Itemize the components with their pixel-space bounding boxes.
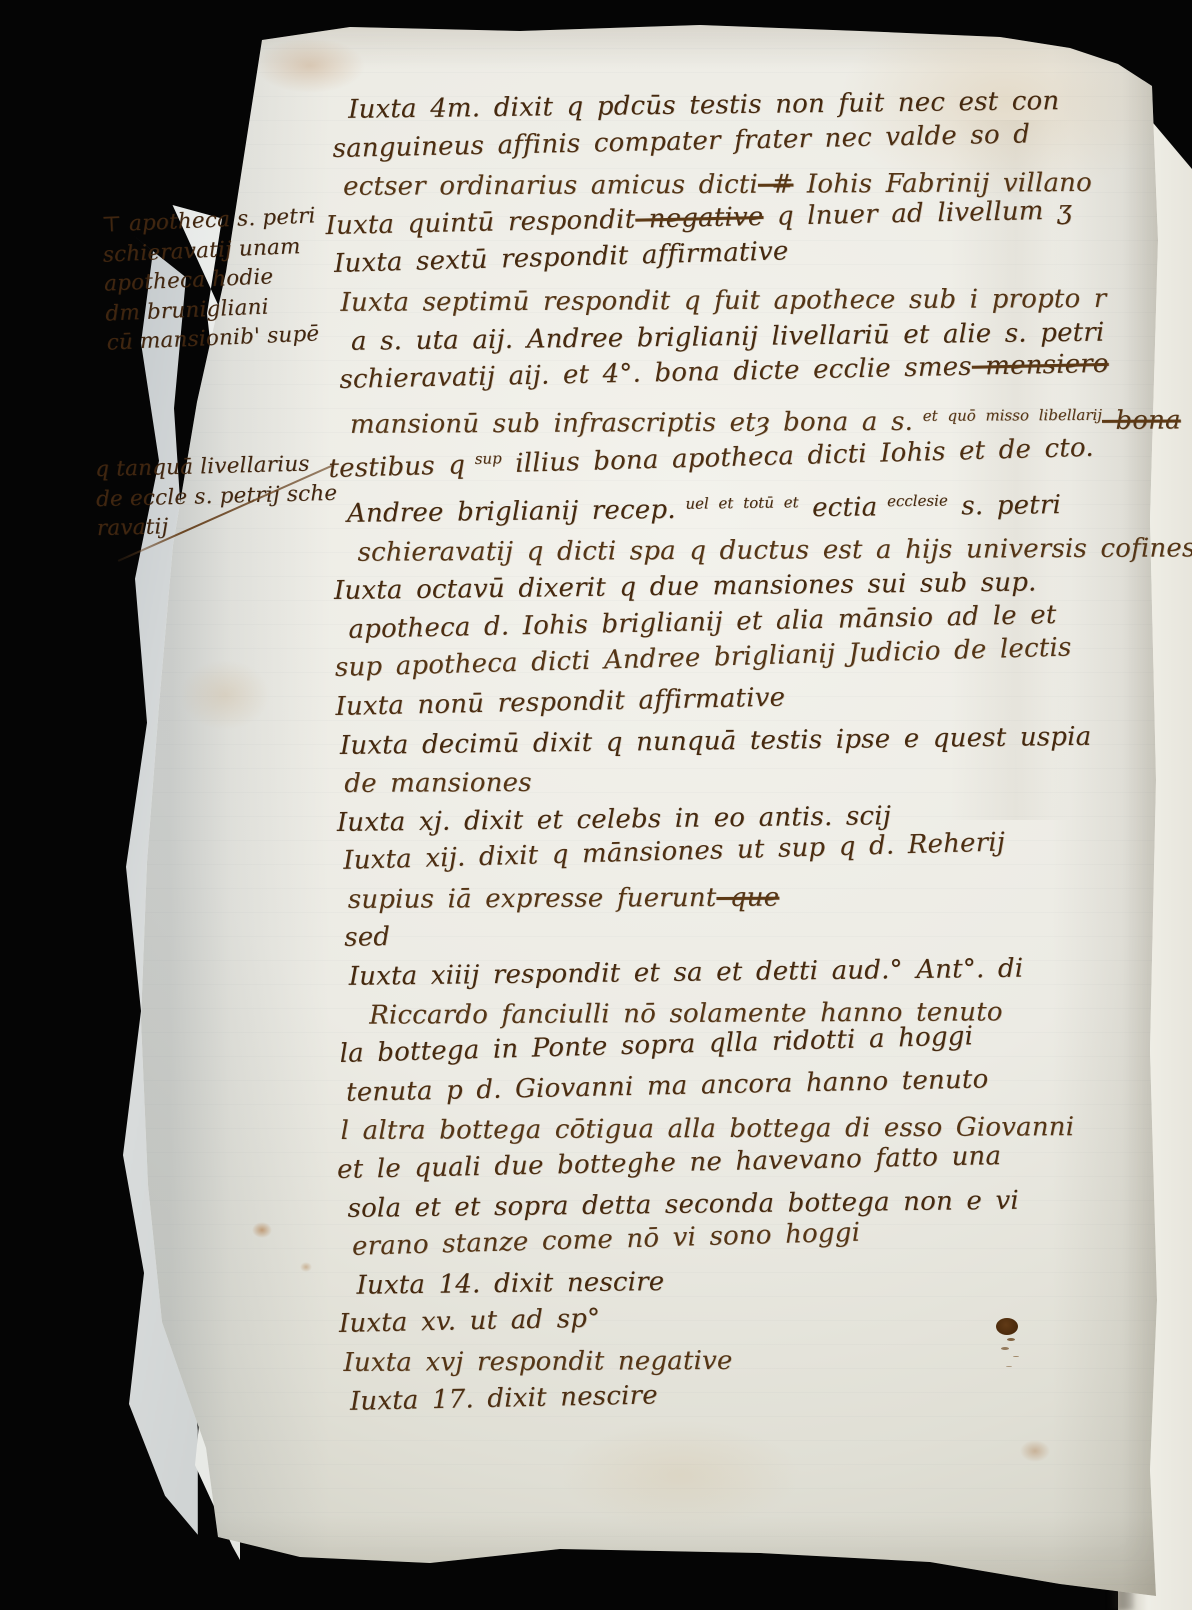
interlinear-insertion: et quō misso libellarij: [913, 406, 1102, 425]
manuscript-line: Andree briglianij recep. uel et totū et …: [347, 479, 1159, 534]
struck-word: #: [758, 170, 794, 200]
margin-note-livellario: q tanquā livellariusde eccle s. petrij s…: [95, 449, 339, 544]
manuscript-photo: ⊤ apotheca s. petrischieravatij unamapot…: [0, 0, 1192, 1610]
manuscript-text: Iuxta xvj respondit negative: [343, 1346, 732, 1378]
manuscript-text: schieravatij aij. et 4°. bona dicte eccl…: [339, 352, 972, 395]
manuscript-text: tenuta p d. Giovanni ma ancora hanno ten…: [346, 1064, 989, 1107]
manuscript-text: Iuxta nonū respondit affirmative: [335, 683, 785, 722]
manuscript-text: Iuxta 14. dixit nescire: [356, 1267, 664, 1301]
manuscript-text: schieravatij q dicti spa q ductus est a …: [357, 533, 1192, 567]
manuscript-text: testibus q: [328, 451, 465, 485]
manuscript-text: sed: [344, 922, 391, 953]
manuscript-text: Iuxta sextū respondit affirmative: [334, 237, 789, 280]
manuscript-text: Iuxta xiiij respondit et sa et detti aud…: [349, 954, 1024, 992]
manuscript-line: schieravatij q dicti spa q ductus est a …: [357, 529, 1159, 572]
struck-word: negative: [635, 202, 764, 235]
paper-stain: [180, 660, 270, 730]
manuscript-text: Iuxta xv. ut ad sp°: [339, 1304, 601, 1339]
body-text-block: Iuxta 4m. dixit q pdcūs testis non fuit …: [324, 81, 1170, 1421]
manuscript-text: s. petri: [948, 490, 1062, 521]
manuscript-text: ectser ordinarius amicus dicti: [343, 170, 758, 202]
manuscript-text: ectia: [798, 492, 877, 523]
manuscript-line: Iuxta septimū respondit q fuit apothece …: [340, 280, 1156, 323]
manuscript-line: de mansiones: [344, 761, 1162, 804]
paper-stain: [255, 38, 365, 93]
interlinear-insertion: ecclesie: [877, 491, 948, 510]
margin-note-apotheca: ⊤ apotheca s. petrischieravatij unamapot…: [101, 201, 321, 358]
manuscript-text: Iuxta 17. dixit nescire: [350, 1380, 658, 1416]
interlinear-insertion: uel et totū et: [676, 493, 799, 513]
manuscript-text: Andree briglianij recep.: [347, 495, 676, 529]
interlinear-insertion: sup: [465, 450, 502, 469]
margin-note-line: de eccle s. petrij sche: [96, 478, 338, 514]
struck-word: mensiero: [971, 349, 1109, 382]
manuscript-text: Iuxta septimū respondit q fuit apothece …: [340, 284, 1106, 318]
manuscript-text: Iuxta decimū dixit q nunquā testis ipse …: [340, 721, 1092, 760]
manuscript-text: supius iā expresse fuerunt: [348, 883, 717, 915]
paper-stain: [252, 1222, 272, 1238]
struck-word: que: [716, 883, 779, 913]
manuscript-text: Iuxta quintū respondit: [325, 204, 635, 240]
paper-stain: [300, 1262, 312, 1272]
manuscript-text: illius bona apotheca dicti Iohis et de c…: [501, 433, 1094, 480]
manuscript-line: Iuxta xiiij respondit et sa et detti aud…: [348, 948, 1164, 997]
paper-stain: [1020, 1440, 1050, 1462]
ink-blot: [996, 1318, 1018, 1335]
paper-stain: [560, 1420, 800, 1530]
margin-note-line: ravatij: [96, 508, 338, 544]
manuscript-text: q de C hin: [1181, 404, 1192, 435]
manuscript-text: de mansiones: [344, 768, 532, 799]
